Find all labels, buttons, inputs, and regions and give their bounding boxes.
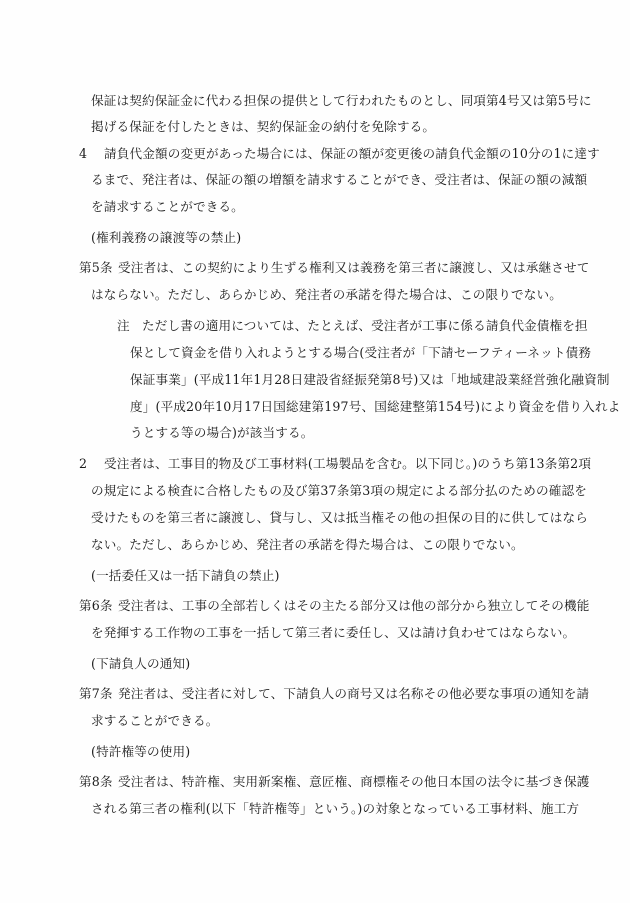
clause-4-line: 4請負代金額の変更があった場合には、保証の額が変更後の請負代金額の10分の1に達… bbox=[79, 146, 600, 162]
paragraph-line: 掲げる保証を付したときは、契約保証金の納付を免除する。 bbox=[91, 119, 435, 135]
line-text: 受注者は、特許権、実用新案権、意匠権、商標権その他日本国の法令に基づき保護 bbox=[118, 774, 590, 789]
heading-text: (下請負人の通知) bbox=[91, 656, 190, 671]
heading-text: (一括委任又は一括下請負の禁止) bbox=[91, 568, 280, 583]
paragraph-line: の規定による検査に合格したもの及び第37条第3項の規定による部分払のための確認を bbox=[91, 483, 587, 499]
clause-number: 2 bbox=[79, 456, 104, 472]
section-heading: (下請負人の通知) bbox=[91, 656, 190, 672]
line-text: 受注者は、工事目的物及び工事材料(工場製品を含む。以下同じ。)のうち第13条第2… bbox=[104, 456, 591, 471]
article-number: 第5条 bbox=[79, 260, 118, 276]
line-text: 発注者は、受注者に対して、下請負人の商号又は名称その他必要な事項の通知を請 bbox=[118, 686, 589, 701]
line-text: 度」(平成20年10月17日国総建第197号、国総建整第154号)により資金を借… bbox=[130, 399, 620, 414]
line-text: うとする等の場合)が該当する。 bbox=[130, 425, 313, 440]
paragraph-line: ない。ただし、あらかじめ、発注者の承諾を得た場合は、この限りでない。 bbox=[91, 537, 524, 553]
paragraph-line: を発揮する工作物の工事を一括して第三者に委任し、又は請け負わせてはならない。 bbox=[91, 625, 575, 641]
section-heading: (特許権等の使用) bbox=[91, 744, 190, 760]
document-page: 保証は契約保証金に代わる担保の提供として行われたものとし、同項第4号又は第5号に… bbox=[0, 0, 630, 903]
line-text: を発揮する工作物の工事を一括して第三者に委任し、又は請け負わせてはならない。 bbox=[91, 625, 575, 640]
article-8-line: 第8条受注者は、特許権、実用新案権、意匠権、商標権その他日本国の法令に基づき保護 bbox=[79, 774, 590, 790]
note-line: 注ただし書の適用については、たとえば、受注者が工事に係る請負代金債権を担 bbox=[117, 318, 588, 334]
clause-2-line: 2受注者は、工事目的物及び工事材料(工場製品を含む。以下同じ。)のうち第13条第… bbox=[79, 456, 591, 472]
article-6-line: 第6条受注者は、工事の全部若しくはその主たる部分又は他の部分から独立してその機能 bbox=[79, 598, 590, 614]
line-text: 請負代金額の変更があった場合には、保証の額が変更後の請負代金額の10分の1に達す bbox=[104, 146, 600, 161]
line-text: 求することができる。 bbox=[91, 713, 218, 728]
line-text: の規定による検査に合格したもの及び第37条第3項の規定による部分払のための確認を bbox=[91, 483, 587, 498]
line-text: される第三者の権利(以下「特許権等」という。)の対象となっている工事材料、施工方 bbox=[91, 801, 579, 816]
note-continuation: 保証事業」(平成11年1月28日建設省経振発第8号)又は「地域建設業経営強化融資… bbox=[130, 372, 610, 388]
note-label: 注 bbox=[117, 318, 142, 334]
line-text: ただし書の適用については、たとえば、受注者が工事に係る請負代金債権を担 bbox=[142, 318, 588, 333]
paragraph-line: される第三者の権利(以下「特許権等」という。)の対象となっている工事材料、施工方 bbox=[91, 801, 579, 817]
line-text: 受注者は、工事の全部若しくはその主たる部分又は他の部分から独立してその機能 bbox=[118, 598, 590, 613]
line-text: ない。ただし、あらかじめ、発注者の承諾を得た場合は、この限りでない。 bbox=[91, 537, 524, 552]
article-number: 第6条 bbox=[79, 598, 118, 614]
article-7-line: 第7条発注者は、受注者に対して、下請負人の商号又は名称その他必要な事項の通知を請 bbox=[79, 686, 589, 702]
line-text: 掲げる保証を付したときは、契約保証金の納付を免除する。 bbox=[91, 119, 435, 134]
paragraph-line: を請求することができる。 bbox=[91, 199, 244, 215]
line-text: 受注者は、この契約により生ずる権利又は義務を第三者に譲渡し、又は承継させて bbox=[118, 260, 590, 275]
paragraph-line: 保証は契約保証金に代わる担保の提供として行われたものとし、同項第4号又は第5号に bbox=[91, 93, 592, 109]
line-text: 保として資金を借り入れようとする場合(受注者が「下請セーフティーネット債務 bbox=[130, 345, 591, 360]
section-heading: (権利義務の譲渡等の禁止) bbox=[91, 230, 241, 246]
paragraph-line: るまで、発注者は、保証の額の増額を請求することができ、受注者は、保証の額の減額 bbox=[91, 172, 587, 188]
line-text: 保証は契約保証金に代わる担保の提供として行われたものとし、同項第4号又は第5号に bbox=[91, 93, 592, 108]
paragraph-line: 求することができる。 bbox=[91, 713, 218, 729]
line-text: はならない。ただし、あらかじめ、発注者の承諾を得た場合は、この限りでない。 bbox=[91, 287, 562, 302]
line-text: 受けたものを第三者に譲渡し、貸与し、又は抵当権その他の担保の目的に供してはなら bbox=[91, 510, 588, 525]
article-number: 第7条 bbox=[79, 686, 118, 702]
clause-number: 4 bbox=[79, 146, 104, 162]
paragraph-line: はならない。ただし、あらかじめ、発注者の承諾を得た場合は、この限りでない。 bbox=[91, 287, 562, 303]
line-text: るまで、発注者は、保証の額の増額を請求することができ、受注者は、保証の額の減額 bbox=[91, 172, 587, 187]
heading-text: (特許権等の使用) bbox=[91, 744, 190, 759]
paragraph-line: 受けたものを第三者に譲渡し、貸与し、又は抵当権その他の担保の目的に供してはなら bbox=[91, 510, 588, 526]
article-5-line: 第5条受注者は、この契約により生ずる権利又は義務を第三者に譲渡し、又は承継させて bbox=[79, 260, 590, 276]
line-text: を請求することができる。 bbox=[91, 199, 244, 214]
note-continuation: 度」(平成20年10月17日国総建第197号、国総建整第154号)により資金を借… bbox=[130, 399, 620, 415]
note-continuation: うとする等の場合)が該当する。 bbox=[130, 425, 313, 441]
section-heading: (一括委任又は一括下請負の禁止) bbox=[91, 568, 280, 584]
article-number: 第8条 bbox=[79, 774, 118, 790]
line-text: 保証事業」(平成11年1月28日建設省経振発第8号)又は「地域建設業経営強化融資… bbox=[130, 372, 610, 387]
note-continuation: 保として資金を借り入れようとする場合(受注者が「下請セーフティーネット債務 bbox=[130, 345, 591, 361]
heading-text: (権利義務の譲渡等の禁止) bbox=[91, 230, 241, 245]
